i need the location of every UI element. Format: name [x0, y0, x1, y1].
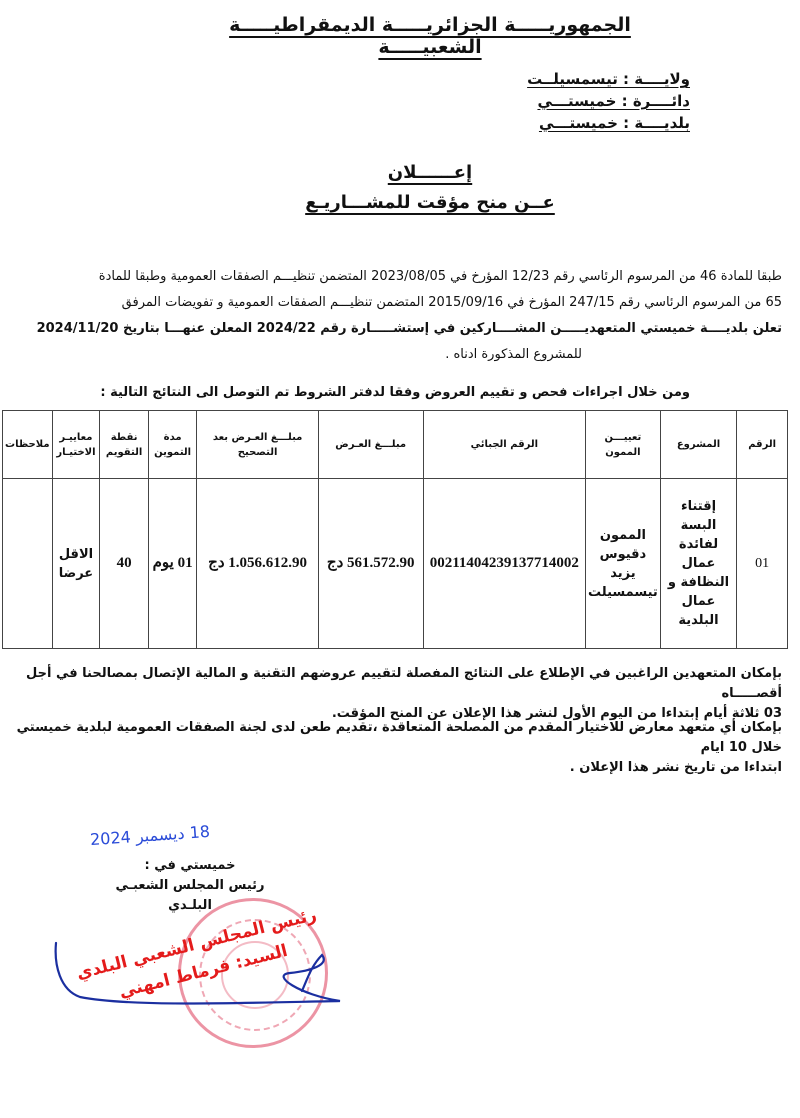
intro-line-4: للمشروع المذكورة ادناه . — [2, 342, 782, 368]
cell-corrected-amount: 1.056.612.90 دج — [197, 479, 318, 649]
notice-appeal: بإمكان أي متعهد معارض للاختيار المقدم من… — [2, 718, 782, 778]
col-header-notes: ملاحظات — [3, 411, 53, 479]
intro-paragraph: طبقا للمادة 46 من المرسوم الرئاسي رقم 12… — [2, 264, 782, 368]
republic-header: الجمهوريـــــة الجزائريـــــة الديمقراطي… — [200, 14, 660, 58]
baladia-label: بلديــــة : خميستـــي — [527, 112, 690, 134]
col-header-project: المشروع — [660, 411, 736, 479]
announcement-title: إعــــــلان — [280, 158, 580, 188]
cell-number: 01 — [737, 479, 788, 649]
col-header-selection-criteria: معاييـر الاختيـار — [52, 411, 100, 479]
col-header-supplier: تعييـــن الممون — [586, 411, 661, 479]
col-header-tax-id: الرقم الجبائي — [423, 411, 585, 479]
notice-results-access: بإمكان المتعهدين الراغبين في الإطلاع على… — [2, 664, 782, 724]
handwritten-date: 18 ديسمبر 2024 — [89, 822, 210, 849]
intro-line-3: تعلن بلديــــة خميستي المتعهديـــــن الم… — [2, 316, 782, 342]
cell-project: إقتناء البسة لفائدة عمال النظافة و عمال … — [660, 479, 736, 649]
signature-place: خميستي في : — [100, 856, 280, 876]
cell-evaluation-score: 40 — [100, 479, 149, 649]
col-header-corrected-amount: مبلـــغ العـرض بعد التصحيح — [197, 411, 318, 479]
cell-tax-id: 00211404239137714002 — [423, 479, 585, 649]
intro-line-1: طبقا للمادة 46 من المرسوم الرئاسي رقم 12… — [2, 264, 782, 290]
table-row: 01 إقتناء البسة لفائدة عمال النظافة و عم… — [3, 479, 788, 649]
daira-label: دائــــرة : خميستـــي — [527, 90, 690, 112]
cell-selection-criteria: الاقل عرضا — [52, 479, 100, 649]
announcement-title-block: إعــــــلان عــن منح مؤقت للمشـــاريـع — [280, 158, 580, 218]
handwritten-signature-icon — [40, 935, 360, 1015]
col-header-delivery-period: مدة التموين — [148, 411, 197, 479]
col-header-evaluation-score: نقطة التقويم — [100, 411, 149, 479]
cell-delivery-period: 01 يوم — [148, 479, 197, 649]
results-table: الرقم المشروع تعييـــن الممون الرقم الجب… — [2, 410, 788, 649]
col-header-offer-amount: مبلـــغ العـرض — [318, 411, 423, 479]
col-header-number: الرقم — [737, 411, 788, 479]
results-intro: ومن خلال اجراءات فحص و تقييم العروض وفقا… — [90, 380, 690, 406]
wilaya-label: ولايــــة : تيسمسيلــت — [527, 68, 690, 90]
cell-supplier: الممون دقيوس يزيد تيسمسيلت — [586, 479, 661, 649]
cell-notes — [3, 479, 53, 649]
intro-line-2: 65 من المرسوم الرئاسي رقم 247/15 المؤرخ … — [2, 290, 782, 316]
administrative-block: ولايــــة : تيسمسيلــت دائــــرة : خميست… — [527, 68, 690, 134]
cell-offer-amount: 561.572.90 دج — [318, 479, 423, 649]
notice2-line-1: بإمكان أي متعهد معارض للاختيار المقدم من… — [2, 718, 782, 758]
announcement-subtitle: عــن منح مؤقت للمشـــاريـع — [280, 188, 580, 218]
table-header-row: الرقم المشروع تعييـــن الممون الرقم الجب… — [3, 411, 788, 479]
notice1-line-1: بإمكان المتعهدين الراغبين في الإطلاع على… — [2, 664, 782, 704]
notice2-line-2: ابتداءا من تاريخ نشر هذا الإعلان . — [2, 758, 782, 778]
